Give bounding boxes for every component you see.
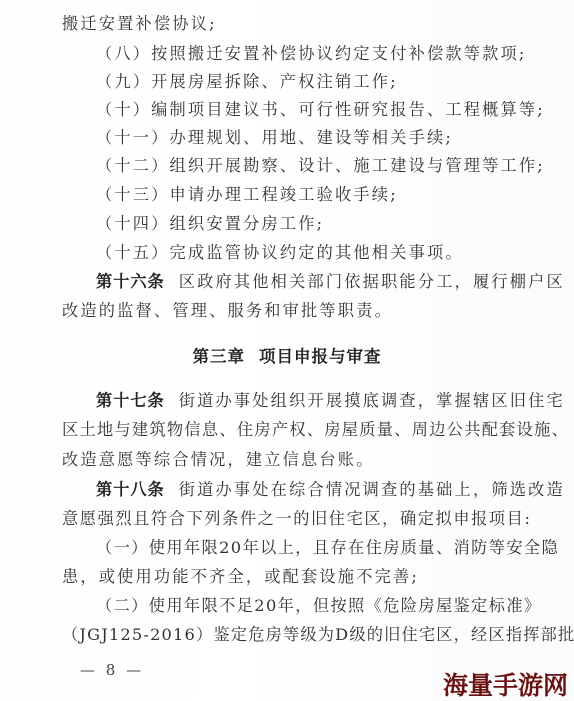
page-number: — 8 — bbox=[80, 661, 144, 679]
chapter-title: 项目申报与审查 bbox=[259, 347, 382, 366]
article-18-item-2-continuation: （JGJ125-2016）鉴定危房等级为D级的旧住宅区，经区指挥部批 bbox=[62, 624, 472, 646]
article-17-continuation-1: 区土地与建筑物信息、住房产权、房屋质量、周边公共配套设施、 bbox=[62, 419, 472, 441]
article-17-label: 第十七条 bbox=[96, 391, 165, 410]
article-16-label: 第十六条 bbox=[96, 272, 165, 291]
list-item-8: （八）按照搬迁安置补偿协议约定支付补偿款等款项; bbox=[96, 43, 506, 65]
list-item-15: （十五）完成监管协议约定的其他相关事项。 bbox=[96, 242, 506, 264]
article-16-continuation: 改造的监督、管理、服务和审批等职责。 bbox=[62, 300, 472, 322]
article-18-item-1-continuation: 患，或使用功能不齐全，或配套设施不完善; bbox=[62, 566, 472, 588]
article-18: 第十八条街道办事处在综合情况调查的基础上，筛选改造 bbox=[96, 479, 506, 501]
list-item-13: （十三）申请办理工程竣工验收手续; bbox=[96, 184, 506, 206]
list-item-11: （十一）办理规划、用地、建设等相关手续; bbox=[96, 127, 506, 149]
article-18-item-2: （二）使用年限不足20年，但按照《危险房屋鉴定标准》 bbox=[96, 595, 506, 617]
chapter-number: 第三章 bbox=[193, 347, 246, 366]
document-page: 搬迁安置补偿协议; （八）按照搬迁安置补偿协议约定支付补偿款等款项; （九）开展… bbox=[0, 0, 574, 701]
chapter-heading: 第三章项目申报与审查 bbox=[0, 346, 574, 368]
article-16: 第十六条区政府其他相关部门依据职能分工，履行棚户区 bbox=[96, 271, 506, 293]
list-item-10: （十）编制项目建议书、可行性研究报告、工程概算等; bbox=[96, 99, 506, 121]
article-18-item-1: （一）使用年限20年以上，且存在住房质量、消防等安全隐 bbox=[96, 537, 506, 559]
article-18-continuation: 意愿强烈且符合下列条件之一的旧住宅区，确定拟申报项目: bbox=[62, 508, 472, 530]
article-18-label: 第十八条 bbox=[96, 480, 165, 499]
article-18-text: 街道办事处在综合情况调查的基础上，筛选改造 bbox=[179, 480, 565, 499]
list-item-9: （九）开展房屋拆除、产权注销工作; bbox=[96, 71, 506, 93]
article-17: 第十七条街道办事处组织开展摸底调查，掌握辖区旧住宅 bbox=[96, 390, 506, 412]
article-17-continuation-2: 改造意愿等综合情况，建立信息台账。 bbox=[62, 449, 472, 471]
text-line: 搬迁安置补偿协议; bbox=[62, 13, 472, 35]
watermark-logo: 海量手游网 bbox=[443, 666, 568, 701]
article-17-text: 街道办事处组织开展摸底调查，掌握辖区旧住宅 bbox=[179, 391, 565, 410]
article-16-text: 区政府其他相关部门依据职能分工，履行棚户区 bbox=[179, 272, 565, 291]
list-item-12: （十二）组织开展勘察、设计、施工建设与管理等工作; bbox=[96, 155, 506, 177]
list-item-14: （十四）组织安置分房工作; bbox=[96, 213, 506, 235]
